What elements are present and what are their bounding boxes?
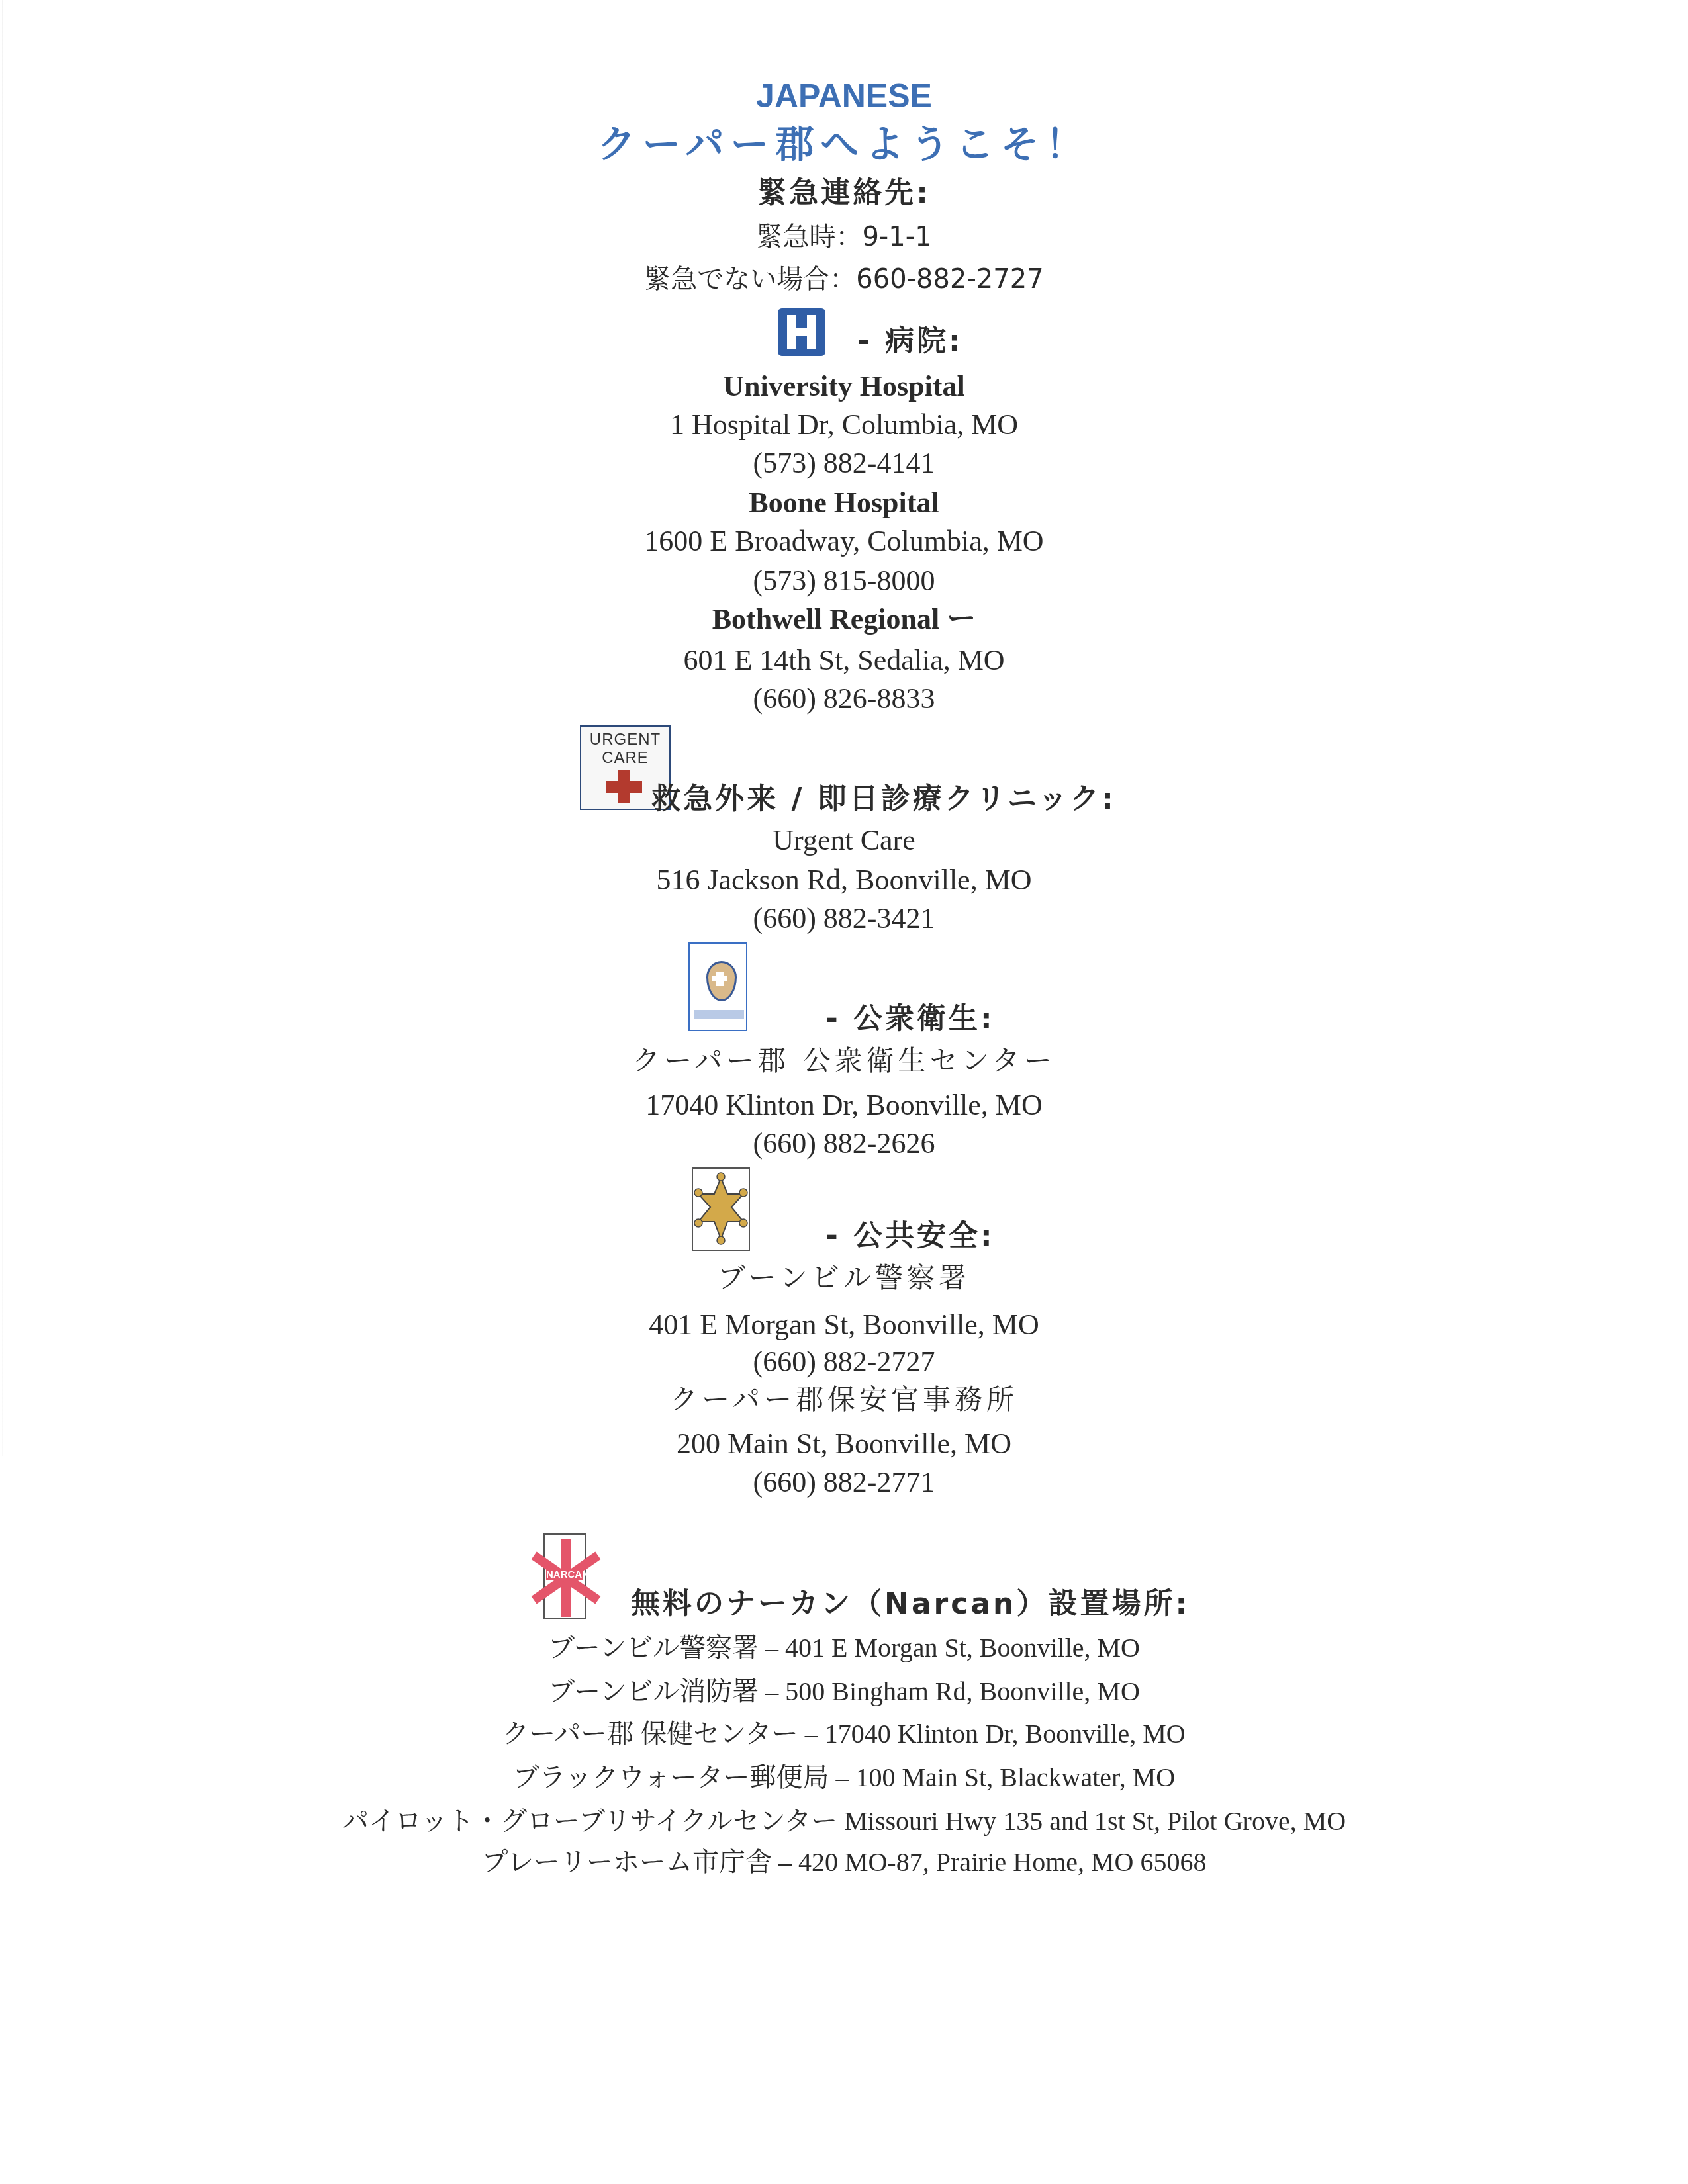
urgent-care-address: 516 Jackson Rd, Boonville, MO [0,866,1688,895]
narcan-location: ブーンビル消防署 – 500 Bingham Rd, Boonville, MO [0,1678,1688,1705]
emergency-heading: 緊急連絡先: [0,179,1688,208]
non-emergency-number: 緊急でない場合：660-882-2727 [0,266,1688,293]
hospital-address: 1600 E Broadway, Columbia, MO [0,527,1688,556]
hospitals-heading: - 病院: [66,327,1688,356]
narcan-location: クーパー郡 保健センター – 17040 Klinton Dr, Boonvil… [0,1721,1688,1747]
sheriff-address: 200 Main St, Boonville, MO [0,1430,1688,1459]
narcan-heading: 無料のナーカン（Narcan）設置場所: [66,1590,1688,1619]
hospital-name: Bothwell Regional ー [0,605,1688,634]
hospital-name: Boone Hospital [0,488,1688,518]
urgent-care-phone: (660) 882-3421 [0,904,1688,933]
hospital-address: 1 Hospital Dr, Columbia, MO [0,410,1688,439]
public-health-phone: (660) 882-2626 [0,1129,1688,1158]
urgent-care-heading: 救急外来 / 即日診療クリニック: [40,785,1688,814]
public-safety-heading: - 公共安全: [66,1222,1688,1251]
narcan-location: ブラックウォーター郵便局 – 100 Main St, Blackwater, … [0,1764,1688,1791]
hospital-phone: (573) 882-4141 [0,449,1688,478]
narcan-location: プレーリーホーム市庁舎 – 420 MO-87, Prairie Home, M… [0,1849,1688,1876]
public-health-address: 17040 Klinton Dr, Boonville, MO [0,1091,1688,1120]
narcan-location: パイロット・グローブリサイクルセンター Missouri Hwy 135 and… [0,1808,1688,1835]
public-health-name: クーパー郡 公衆衛生センター [0,1047,1688,1075]
emergency-911: 緊急時：9-1-1 [0,224,1688,250]
hospital-phone: (573) 815-8000 [0,567,1688,596]
police-phone: (660) 882-2727 [0,1347,1688,1377]
sheriff-name: クーパー郡保安官事務所 [0,1386,1688,1414]
welcome-title: クーパー郡へようこそ！ [0,126,1688,164]
hospital-phone: (660) 826-8833 [0,684,1688,713]
scan-edge-artifact [2,0,3,1456]
hospital-address: 601 E 14th St, Sedalia, MO [0,646,1688,675]
hospital-name: University Hospital [0,372,1688,401]
police-name: ブーンビル警察署 [0,1264,1688,1292]
police-address: 401 E Morgan St, Boonville, MO [0,1310,1688,1340]
urgent-care-name: Urgent Care [0,826,1688,855]
sheriff-phone: (660) 882-2771 [0,1468,1688,1497]
narcan-location: ブーンビル警察署 – 401 E Morgan St, Boonville, M… [0,1635,1688,1661]
public-health-heading: - 公衆衛生: [66,1005,1688,1034]
language-label: JAPANESE [0,79,1688,113]
